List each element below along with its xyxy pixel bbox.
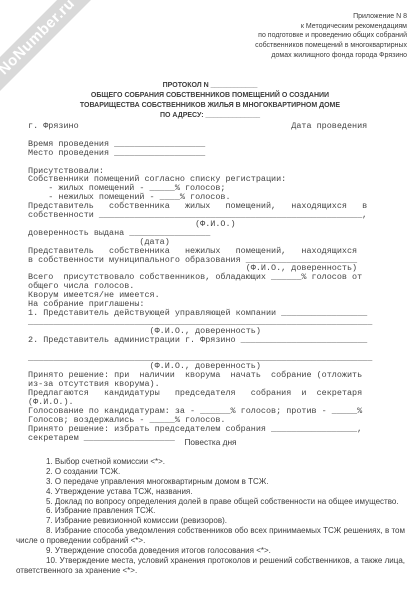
document-title-line: ТОВАРИЩЕСТВА СОБСТВЕННИКОВ ЖИЛЬЯ В МНОГО…	[0, 101, 420, 111]
agenda-item: 4. Утверждение устава ТСЖ, названия.	[16, 487, 405, 497]
agenda-items: 1. Выбор счетной комиссии <*>.2. О созда…	[16, 457, 405, 576]
document-page: NoNumber.ru Приложение N 8к Методическим…	[0, 0, 420, 600]
watermark-label: NoNumber.ru	[0, 0, 81, 81]
appendix-note-line: Приложение N 8	[255, 12, 407, 22]
document-title-line: ПРОТОКОЛ N ____________	[0, 81, 420, 91]
appendix-note: Приложение N 8к Методическим рекомендаци…	[255, 12, 407, 61]
agenda-item: 9. Утверждение способа доведения итогов …	[16, 546, 405, 556]
appendix-note-line: к Методическим рекомендациям	[255, 22, 407, 32]
agenda-section: Повестка дня 1. Выбор счетной комиссии <…	[16, 438, 405, 576]
document-title-line: ПО АДРЕСУ: ______________	[0, 111, 420, 121]
body-text-line: 2. Представитель администрации г. Фрязин…	[28, 336, 372, 345]
agenda-item: 6. Избрание правления ТСЖ.	[16, 506, 405, 516]
body-text-line: Место проведения __________________	[28, 149, 372, 158]
document-body: г. Фрязино Дата проведенияВремя проведен…	[28, 122, 372, 443]
body-text-line: г. Фрязино Дата проведения	[28, 122, 372, 131]
appendix-note-line: домах жилищного фонда города Фрязино	[255, 51, 407, 61]
body-text-line: Предлагаются кандидатуры председателя со…	[28, 389, 372, 398]
agenda-heading: Повестка дня	[16, 438, 405, 448]
document-title: ПРОТОКОЛ N ____________ОБЩЕГО СОБРАНИЯ С…	[0, 81, 420, 121]
agenda-item: 3. О передаче управления многоквартирным…	[16, 477, 405, 487]
agenda-item: 1. Выбор счетной комиссии <*>.	[16, 457, 405, 467]
agenda-item: 2. О создании ТСЖ.	[16, 467, 405, 477]
agenda-item: 8. Избрание способа уведомления собствен…	[16, 526, 405, 546]
agenda-item: 10. Утверждение места, условий хранения …	[16, 556, 405, 576]
appendix-note-line: собственников помещений в многоквартирны…	[255, 41, 407, 51]
appendix-note-line: по подготовке и проведению общих собрани…	[255, 31, 407, 41]
agenda-item: 5. Доклад по вопросу определения долей в…	[16, 497, 405, 507]
agenda-item: 7. Избрание ревизионной комиссии (ревизо…	[16, 516, 405, 526]
document-title-line: ОБЩЕГО СОБРАНИЯ СОБСТВЕННИКОВ ПОМЕЩЕНИЙ …	[0, 91, 420, 101]
